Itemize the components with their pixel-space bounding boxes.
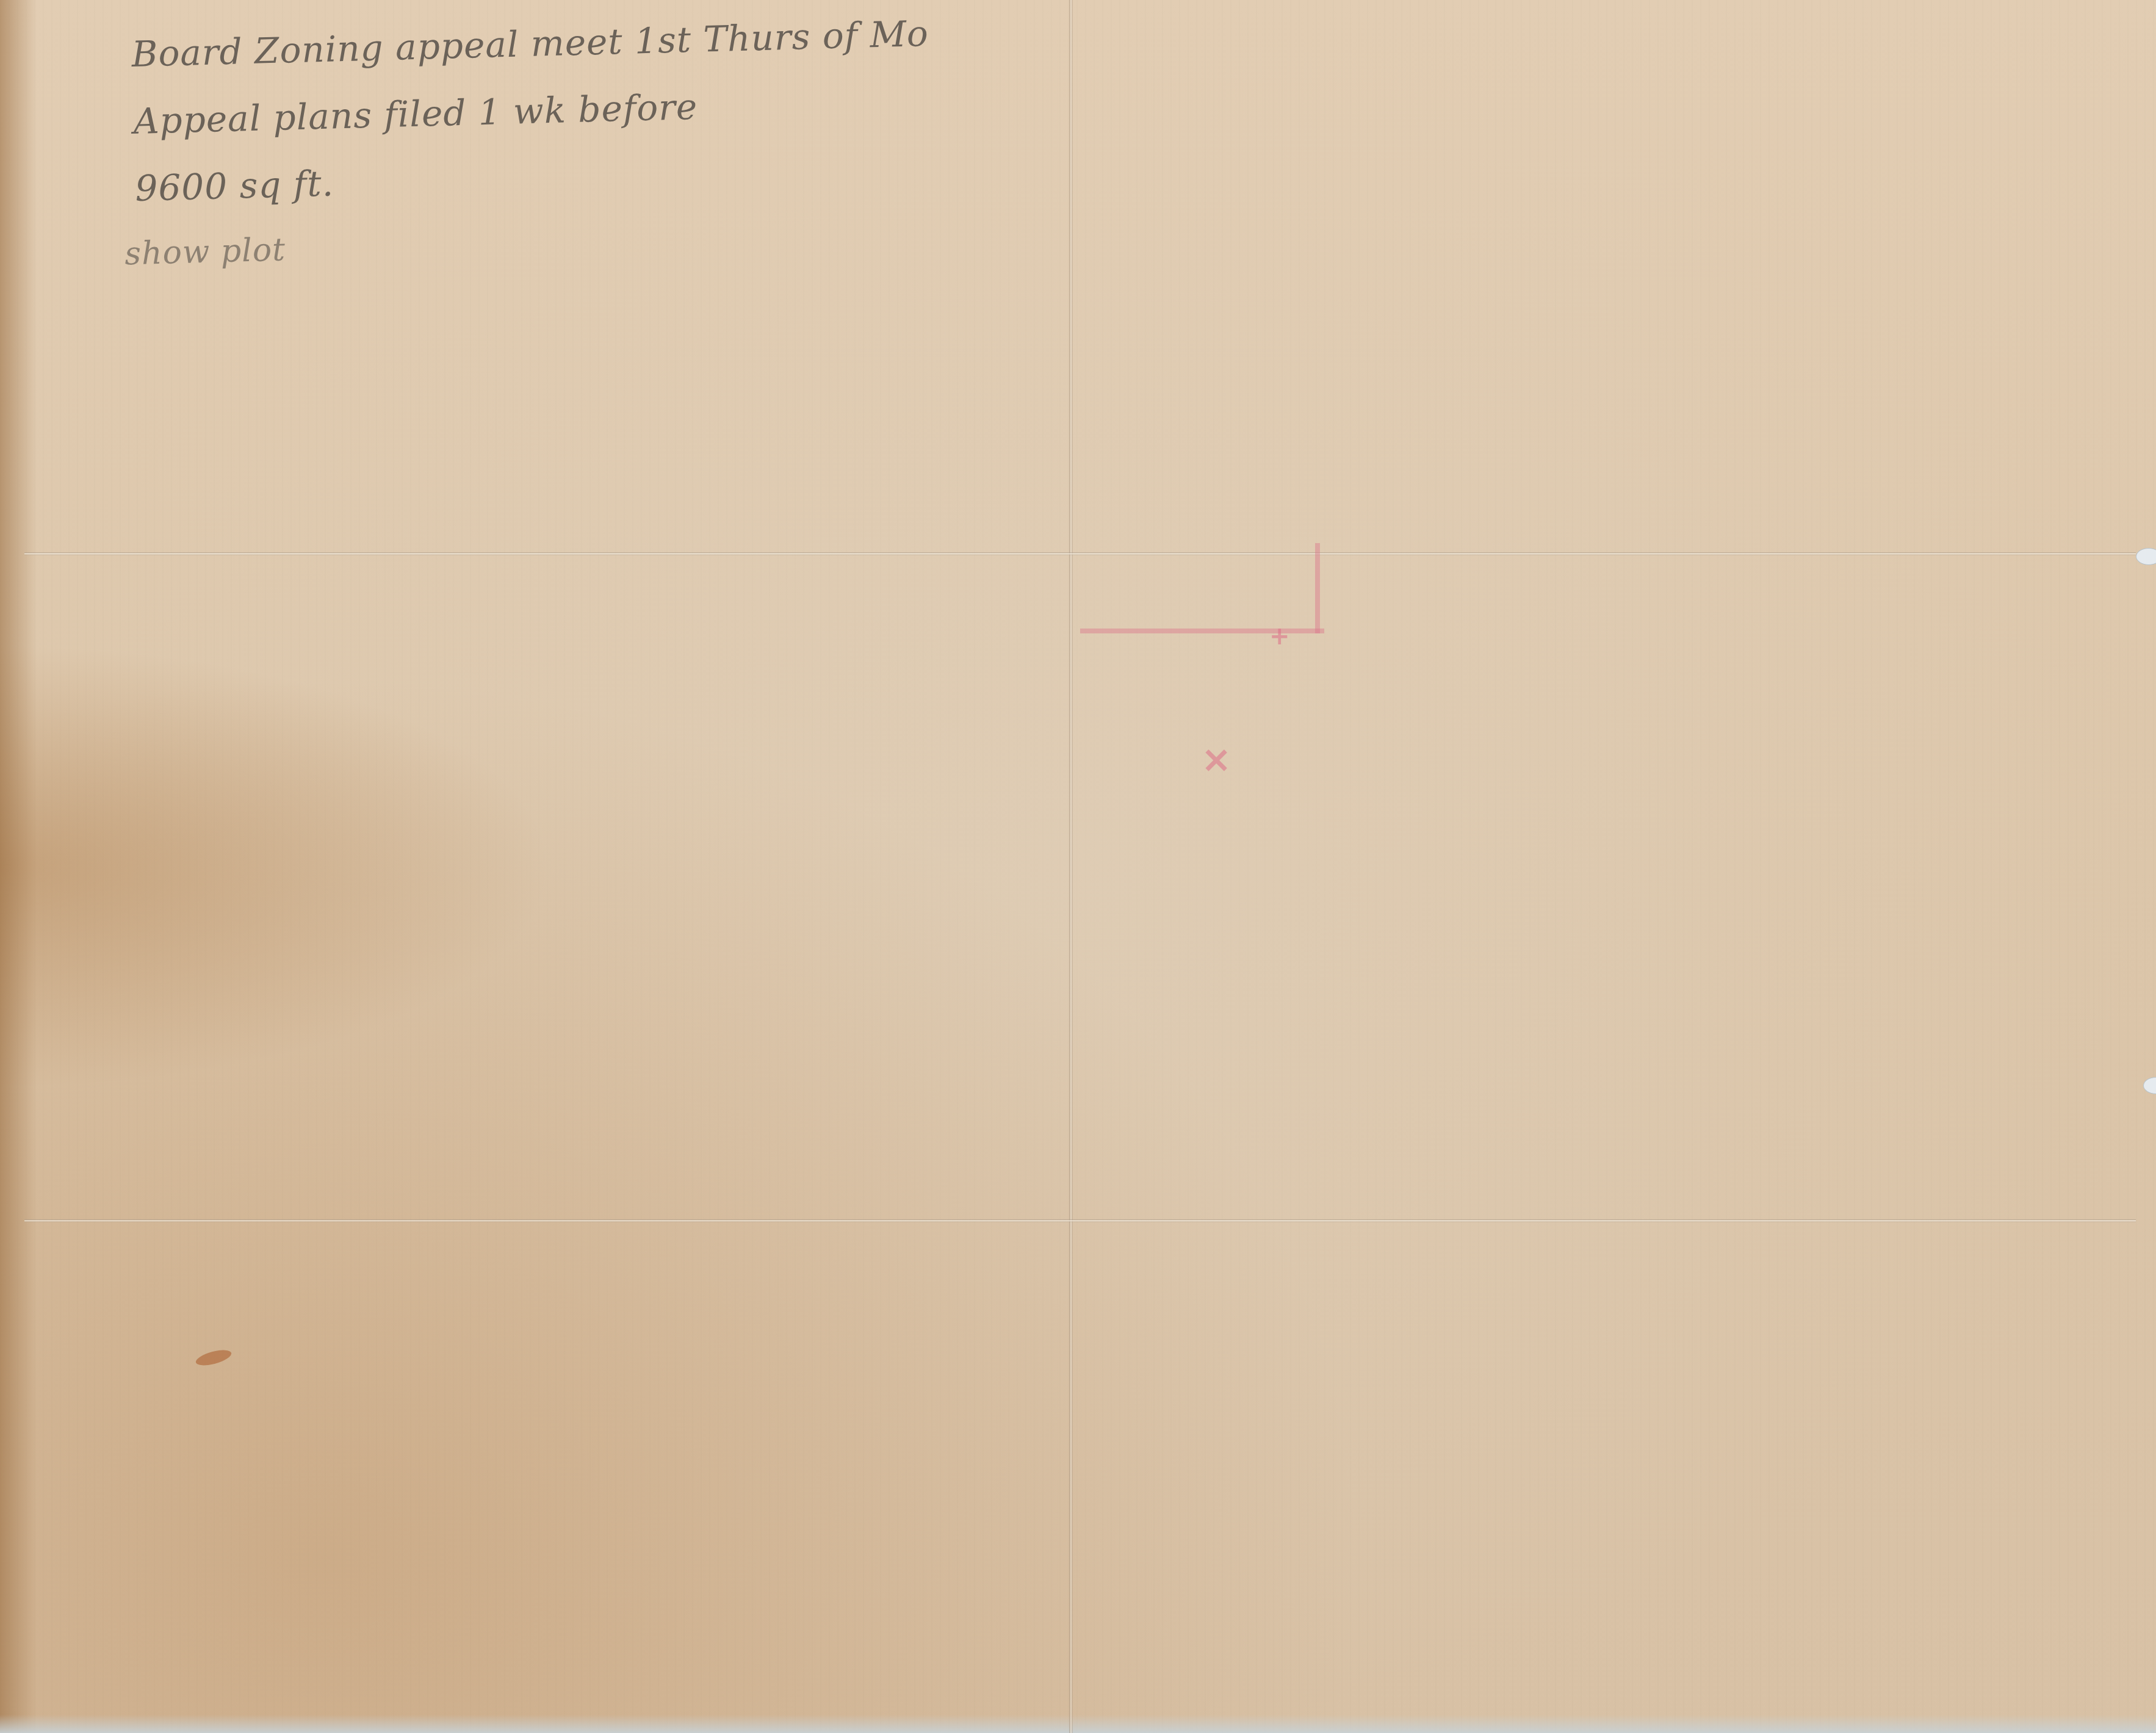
note-line-show-plot: show plot bbox=[124, 214, 1053, 270]
torn-bottom-edge bbox=[0, 1715, 2156, 1733]
horizontal-fold-line-top bbox=[24, 552, 2136, 555]
rust-stain bbox=[194, 1347, 233, 1369]
paper-sheet: Board Zoning appeal meet 1st Thurs of Mo… bbox=[0, 0, 2156, 1733]
red-pencil-vertical-line bbox=[1315, 543, 1320, 633]
punch-hole-top bbox=[2136, 548, 2156, 565]
note-line-appeal-plans: Appeal plans filed 1 wk before bbox=[133, 80, 1049, 139]
red-pencil-x-mark: × bbox=[1201, 738, 1231, 781]
horizontal-fold-line-bottom bbox=[24, 1219, 2136, 1222]
note-line-square-feet: 9600 sq ft. bbox=[135, 147, 1051, 206]
vertical-fold-line bbox=[1069, 0, 1073, 1733]
note-line-board-zoning: Board Zoning appeal meet 1st Thurs of Mo bbox=[131, 13, 1047, 72]
aged-left-edge bbox=[0, 0, 37, 1733]
handwritten-notes: Board Zoning appeal meet 1st Thurs of Mo… bbox=[131, 13, 1053, 301]
red-pencil-plus-mark: + bbox=[1269, 622, 1290, 650]
punch-hole-bottom bbox=[2143, 1077, 2156, 1094]
